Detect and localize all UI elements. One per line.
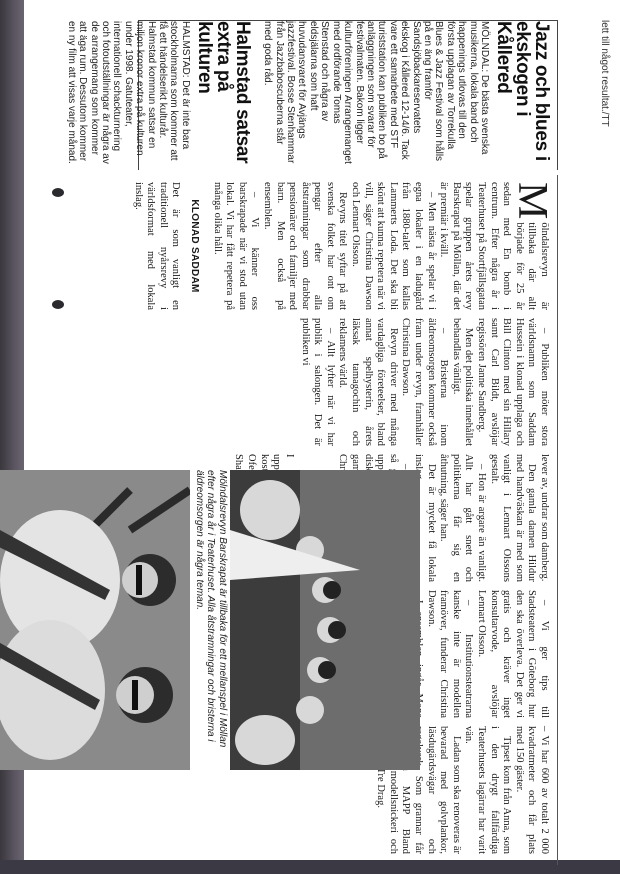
paragraph: lever av, undrar som damberg. — [537, 454, 550, 582]
brief-headline-halmstad: Halmstad satsar extra på kulturen — [195, 21, 252, 164]
news-briefs-sidebar: Jazz och blues i ekskogen i Kållered MÖL… — [138, 20, 558, 170]
sidebar-top-text: lett till något resultat./TT — [597, 20, 610, 160]
paragraph: – Vi ger tips till Stadsteatern i Götebo… — [474, 590, 550, 718]
paragraph: Revyns titel syftar på att svenska folke… — [260, 182, 348, 310]
paragraph: – Allt lyfter när vi har publik i salong… — [298, 318, 336, 446]
saddam-clones-illustration — [0, 470, 190, 770]
photo-ensemble — [230, 470, 420, 770]
paragraph: – Bristerna inom äldreomsorgen kommer oc… — [399, 318, 449, 446]
paragraph: – Institutionsteatrarna kanske inte är m… — [424, 590, 474, 718]
paragraph: Den gamla damen Hildur med handväskan är… — [487, 454, 537, 582]
article-column-2: – Publiken möter stora världsnamn som Sa… — [298, 318, 550, 446]
paragraph: – Vi har 600 av totalt 2 000 kvadratmete… — [512, 726, 550, 854]
paragraph: – Vi känner oss barskrapade när vi stod … — [210, 182, 260, 310]
brief-headline-jazz: Jazz och blues i ekskogen i Kållered — [494, 21, 551, 164]
brief-body-halmstad: HALMSTAD: Det är inte bara stockholmarna… — [65, 21, 190, 164]
newspaper-page: lett till något resultat./TT Jazz och bl… — [60, 0, 620, 874]
photo-caption-ensemble: Mölndalsrevyn Barskrapat är tillbaka för… — [194, 470, 229, 770]
paragraph: Revyn driver med många vardagliga förete… — [336, 318, 399, 446]
column-rule-top — [557, 175, 558, 865]
paragraph: Det är som vanligt en traditionell nyårs… — [131, 182, 181, 310]
paragraph: Men det politiska innehållet behandlas v… — [449, 318, 474, 446]
brief-body-jazz: MÖLNDAL: De bästa svenska musikerna, lok… — [262, 21, 490, 164]
photo-saddam-clones — [0, 470, 190, 770]
paragraph: – Men nästa år spelar vi i egna lokaler … — [349, 182, 437, 310]
paragraph: Tipset kom från Anna, som i den drygt fa… — [462, 726, 512, 854]
paragraph: – Hon är argare än vanligt. Allt har gåt… — [437, 454, 487, 582]
drop-cap: M — [514, 182, 550, 219]
ensemble-illustration — [230, 470, 420, 770]
paragraph: – Publiken möter stora världsnamn som Sa… — [474, 318, 550, 446]
subheading-klonad-saddam: KLONAD SADDAM — [187, 182, 200, 310]
article-column-1: Mölndalsrevyn är tillbaka där allt börja… — [131, 182, 550, 310]
